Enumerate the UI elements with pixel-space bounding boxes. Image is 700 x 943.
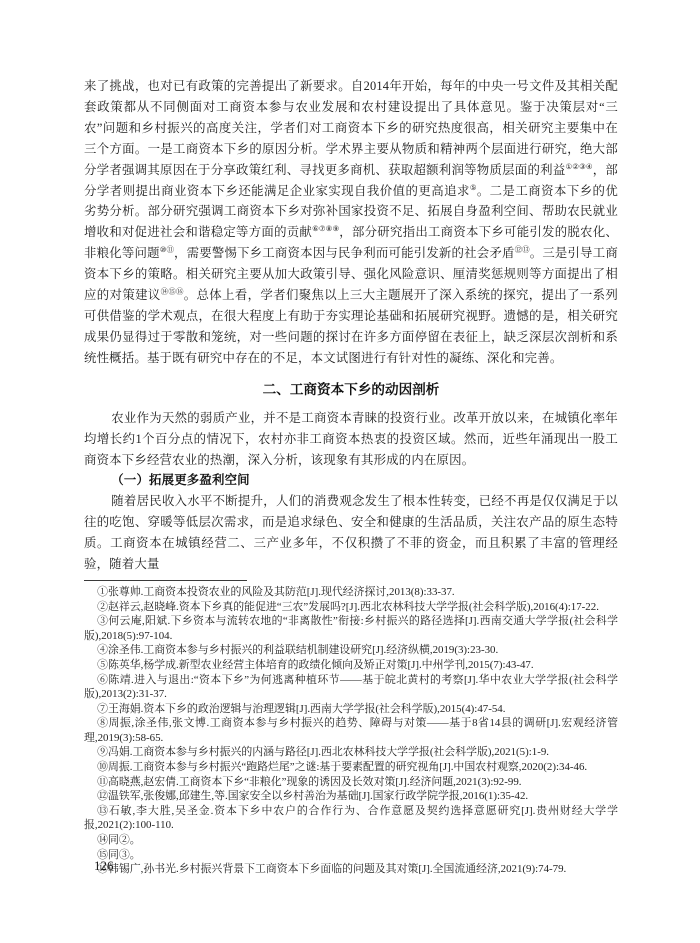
footnote-item: ⑧周振,涂圣伟,张文博.工商资本参与乡村振兴的趋势、障碍与对策——基于8省14县… bbox=[84, 716, 618, 745]
footnote-item: ②赵祥云,赵晓峰.资本下乡真的能促进“三农”发展吗?[J].西北农林科技大学学报… bbox=[84, 600, 618, 615]
footnotes-list: ①张尊帅.工商资本投资农业的风险及其防范[J].现代经济探讨,2013(8):3… bbox=[84, 585, 618, 877]
body-paragraph-consumption: 随着居民收入水平不断提升，人们的消费观念发生了根本性转变，已经不再是仅仅满足于以… bbox=[84, 491, 618, 575]
footnote-item: ⑥陈靖.进入与退出:“资本下乡”为何逃离种植环节——基于皖北黄村的考察[J].华… bbox=[84, 673, 618, 702]
footnote-item: ⑯韩锡广,孙书光.乡村振兴背景下工商资本下乡面临的问题及其对策[J].全国流通经… bbox=[84, 862, 618, 877]
footnote-reference-marker: ⑩⑪ bbox=[160, 245, 174, 254]
footnote-item: ⑫温铁军,张俊娜,邱建生,等.国家安全以乡村善治为基础[J].国家行政学院学报,… bbox=[84, 789, 618, 804]
footnote-item: ④涂圣伟.工商资本参与乡村振兴的利益联结机制建设研究[J].经济纵横,2019(… bbox=[84, 643, 618, 658]
section-heading: 二、工商资本下乡的动因剖析 bbox=[84, 379, 618, 401]
footnote-reference-marker: ⑫⑬ bbox=[515, 245, 530, 254]
footnote-item: ⑭同②。 bbox=[84, 833, 618, 848]
paper-page: 来了挑战，也对已有政策的完善提出了新要求。自2014年开始，每年的中央一号文件及… bbox=[0, 0, 700, 943]
subsection-heading-profit-space: （一）拓展更多盈利空间 bbox=[84, 470, 618, 491]
footnote-item: ①张尊帅.工商资本投资农业的风险及其防范[J].现代经济探讨,2013(8):3… bbox=[84, 585, 618, 600]
footnote-reference-marker: ①②③④ bbox=[566, 162, 593, 171]
footnote-item: ⑦王海娟.资本下乡的政治逻辑与治理逻辑[J].西南大学学报(社会科学版),201… bbox=[84, 702, 618, 717]
footnote-reference-marker: ⑭⑮⑯ bbox=[161, 287, 184, 296]
footnote-item: ③何云庵,阳斌.下乡资本与流转农地的“非离散性”衔接:乡村振兴的路径选择[J].… bbox=[84, 614, 618, 643]
footnote-item: ⑩周振.工商资本参与乡村振兴“跑路烂尾”之谜:基于要素配置的研究视角[J].中国… bbox=[84, 760, 618, 775]
page-number: 126 bbox=[94, 858, 114, 874]
body-paragraph-continuation: 来了挑战，也对已有政策的完善提出了新要求。自2014年开始，每年的中央一号文件及… bbox=[84, 76, 618, 369]
footnote-item: ⑨冯娟.工商资本参与乡村振兴的内涵与路径[J].西北农林科技大学学报(社会科学版… bbox=[84, 745, 618, 760]
footnote-reference-marker: ⑤ bbox=[470, 182, 477, 191]
footnote-item: ⑮同③。 bbox=[84, 848, 618, 863]
footnote-item: ⑬石敏,李大胜,吴圣金.资本下乡中农户的合作行为、合作意愿及契约选择意愿研究[J… bbox=[84, 804, 618, 833]
footnote-reference-marker: ⑥⑦⑧⑨ bbox=[312, 224, 339, 233]
footnote-item: ⑤陈英华,杨学成.新型农业经营主体培育的政绩化倾向及矫正对策[J].中州学刊,2… bbox=[84, 658, 618, 673]
page-content: 来了挑战，也对已有政策的完善提出了新要求。自2014年开始，每年的中央一号文件及… bbox=[84, 76, 618, 877]
footnote-separator-rule bbox=[84, 580, 247, 581]
body-paragraph-motivation-intro: 农业作为天然的弱质产业，并不是工商资本青睐的投资行业。改革开放以来，在城镇化率年… bbox=[84, 408, 618, 471]
footnote-item: ⑪高晓燕,赵宏倩.工商资本下乡“非粮化”现象的诱因及长效对策[J].经济问题,2… bbox=[84, 775, 618, 790]
